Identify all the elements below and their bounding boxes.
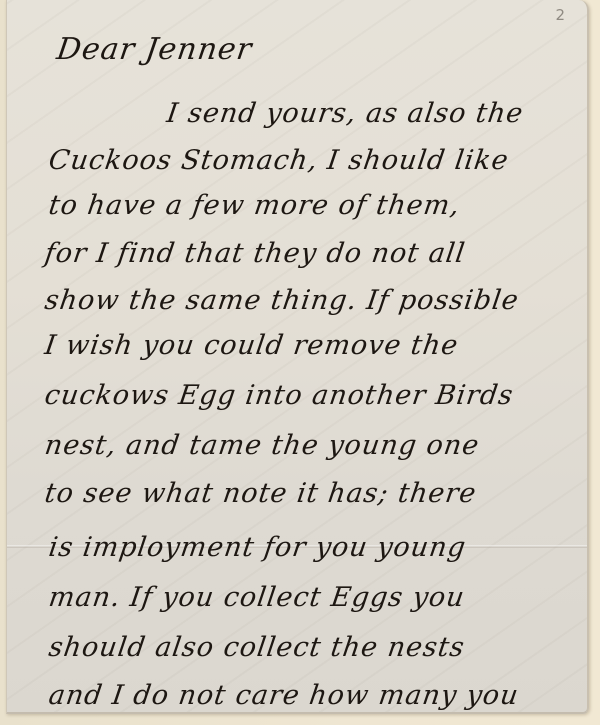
letter-line: cuckows Egg into another Birds <box>43 380 516 411</box>
salutation: Dear Jenner <box>55 32 255 67</box>
letter-line: show the same thing. If possible <box>43 285 521 316</box>
letter-line: to have a few more of them, <box>47 190 462 221</box>
letter-line: for I find that they do not all <box>43 238 468 269</box>
letter-line: to see what note it has; there <box>43 478 479 509</box>
letter-line: nest, and tame the young one <box>43 430 482 461</box>
letter-line: is imployment for you young <box>47 532 468 563</box>
letter-sheet: 2 Dear Jenner I send yours, as also the … <box>6 0 589 714</box>
letter-line: should also collect the nests <box>47 632 467 663</box>
page-number: 2 <box>555 6 565 24</box>
letter-line: I wish you could remove the <box>43 330 461 361</box>
letter-line: and I do not care how many you <box>47 680 521 711</box>
letter-line: I send yours, as also the <box>165 98 526 129</box>
letter-line: Cuckoos Stomach, I should like <box>47 145 511 176</box>
letter-line: man. If you collect Eggs you <box>47 582 467 613</box>
